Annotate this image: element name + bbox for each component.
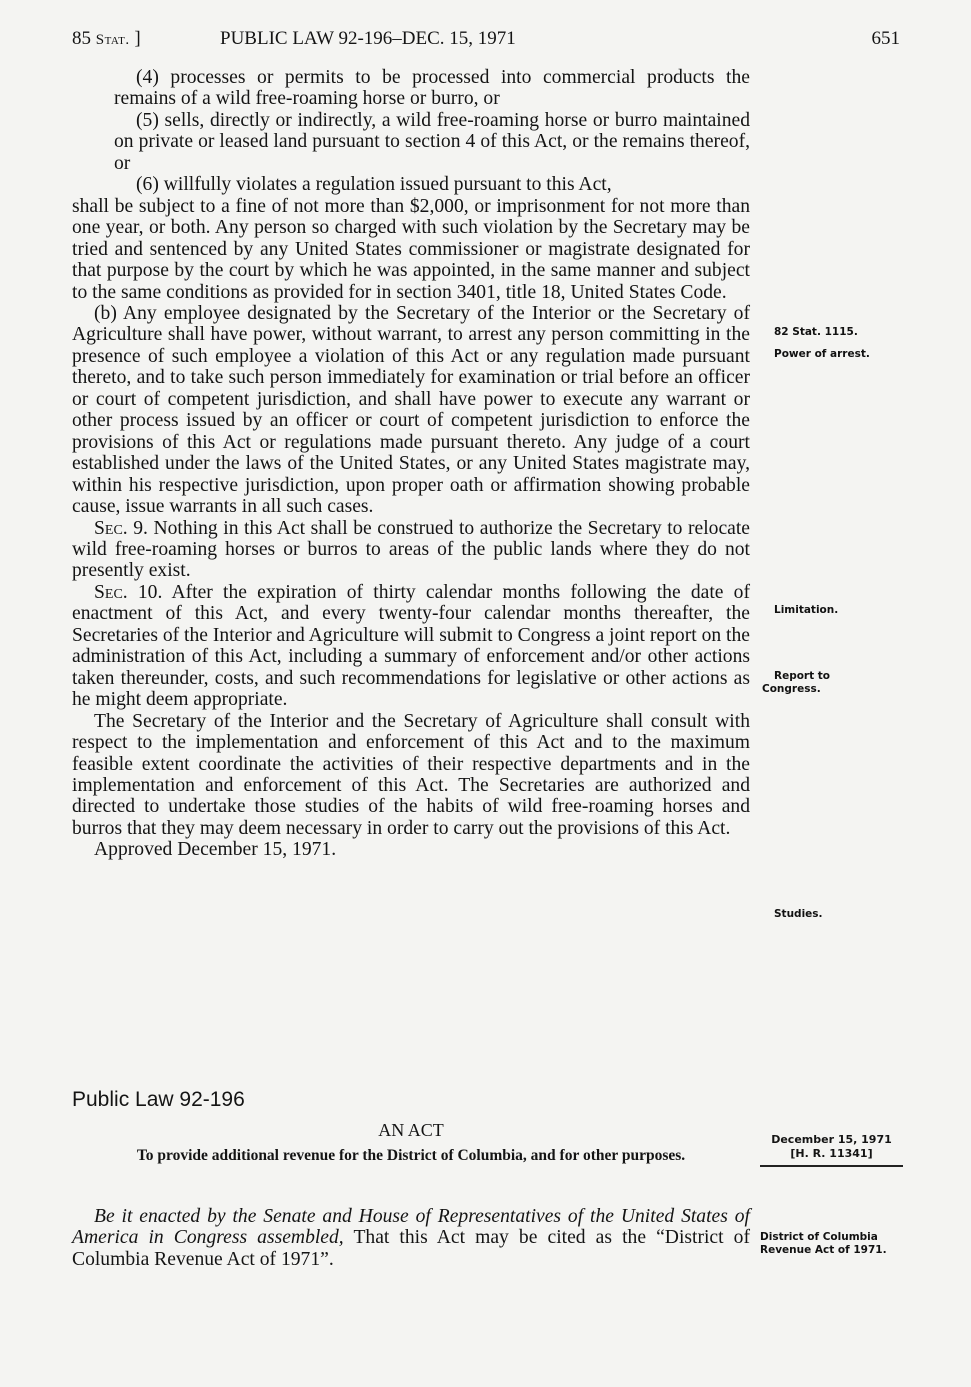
paragraph-5: (5) sells, directly or indirectly, a wil… — [72, 110, 750, 174]
act-purpose: To provide additional revenue for the Di… — [72, 1146, 750, 1165]
paragraph-6-lead: (6) willfully violates a regulation issu… — [72, 174, 750, 195]
margin-note-stat-ref: 82 Stat. 1115. — [774, 326, 899, 339]
section-10-label: Sec. 10. — [94, 582, 162, 603]
margin-note-power-of-arrest: Power of arrest. — [774, 348, 899, 361]
margin-note-dc-revenue-act: District of Columbia Revenue Act of 1971… — [760, 1231, 900, 1257]
stat-volume: 85 — [72, 28, 91, 49]
margin-note-studies: Studies. — [774, 908, 899, 921]
public-law-title: Public Law 92-196 — [72, 1088, 245, 1112]
paragraph-b: (b) Any employee designated by the Secre… — [72, 303, 750, 518]
statute-body: (4) processes or permits to be processed… — [72, 67, 750, 861]
an-act-heading: AN ACT — [72, 1120, 750, 1141]
margin-note-report-to-congress: Report to Congress. — [762, 670, 886, 696]
stat-reference: 85 Stat. ] — [72, 28, 141, 50]
bill-info: December 15, 1971 [H. R. 11341] — [760, 1133, 903, 1167]
section-9: Sec. 9. Nothing in this Act shall be con… — [72, 518, 750, 582]
section-10-text: After the expiration of thirty calendar … — [72, 582, 750, 710]
paragraph-4: (4) processes or permits to be processed… — [72, 67, 750, 110]
approval-line: Approved December 15, 1971. — [72, 839, 750, 860]
running-title: PUBLIC LAW 92-196–DEC. 15, 1971 — [220, 28, 516, 50]
statute-page: 85 Stat. ] PUBLIC LAW 92-196–DEC. 15, 19… — [0, 0, 971, 1387]
enacting-clause: Be it enacted by the Senate and House of… — [72, 1206, 750, 1270]
consultation-paragraph: The Secretary of the Interior and the Se… — [72, 711, 750, 840]
stat-label: Stat. — [96, 32, 130, 48]
running-header: 85 Stat. ] PUBLIC LAW 92-196–DEC. 15, 19… — [72, 28, 900, 54]
bill-number: [H. R. 11341] — [760, 1147, 903, 1161]
section-10: Sec. 10. After the expiration of thirty … — [72, 582, 750, 711]
section-9-label: Sec. 9. — [94, 518, 148, 539]
enactment-date: December 15, 1971 — [760, 1133, 903, 1147]
stat-bracket: ] — [134, 28, 140, 49]
margin-note-limitation: Limitation. — [774, 604, 899, 617]
page-number: 651 — [872, 28, 901, 50]
paragraph-6-penalty: shall be subject to a fine of not more t… — [72, 196, 750, 303]
section-9-text: Nothing in this Act shall be construed t… — [72, 518, 750, 582]
